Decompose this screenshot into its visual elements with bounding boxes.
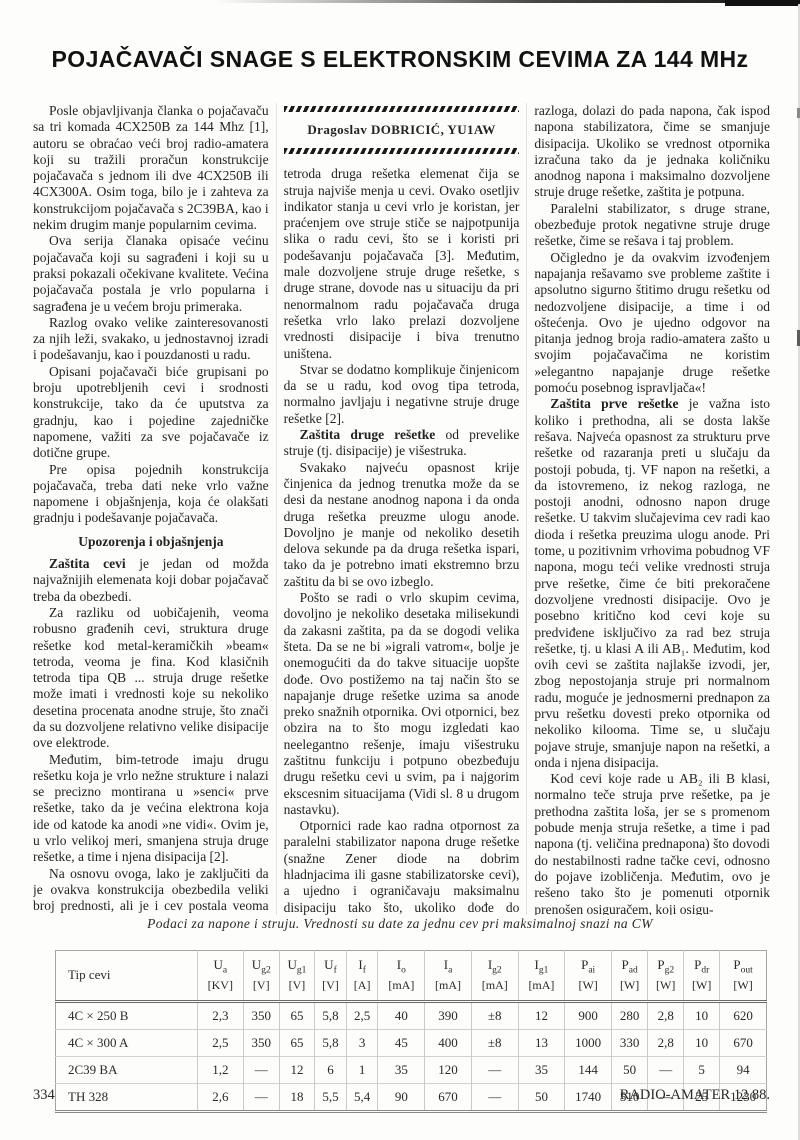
paragraph: tetroda druga rešetka elemenat čija se s… bbox=[284, 166, 520, 362]
table-cell: 1 bbox=[346, 1056, 378, 1083]
table-row: 4C × 300 A2,5350655,8345400±81310003302,… bbox=[56, 1029, 767, 1056]
column-header: If[A] bbox=[346, 951, 378, 1002]
table-cell: 35 bbox=[378, 1056, 425, 1083]
column-1: Posle objavljivanja članka o pojačavaču … bbox=[33, 103, 276, 915]
column-header: Pad[W] bbox=[612, 951, 648, 1002]
paragraph: Za razliku od uobičajenih, veoma robusno… bbox=[33, 605, 269, 752]
table-cell: 5 bbox=[684, 1056, 720, 1083]
paragraph: Pošto se radi o vrlo skupim cevima, dovo… bbox=[284, 590, 520, 818]
table-cell: 3 bbox=[346, 1029, 378, 1056]
table-cell: 13 bbox=[518, 1029, 565, 1056]
table-cell: 350 bbox=[243, 1029, 279, 1056]
table-cell: — bbox=[471, 1056, 518, 1083]
column-2-text: tetroda druga rešetka elemenat čija se s… bbox=[284, 166, 520, 915]
column-header: Pout[W] bbox=[720, 951, 767, 1002]
column-header: Pai[W] bbox=[565, 951, 612, 1002]
table-cell: 1000 bbox=[565, 1029, 612, 1056]
table-cell: 330 bbox=[612, 1029, 648, 1056]
paragraph: Ova serija članaka opisaće većinu pojača… bbox=[33, 233, 269, 314]
column-header: Pg2[W] bbox=[648, 951, 684, 1002]
table-header: Tip cevi Ua[KV]Ug2[V]Ug1[V]Uf[V]If[A]Io[… bbox=[56, 951, 767, 1002]
tube-type-cell: 4C × 250 B bbox=[56, 1001, 198, 1029]
table-row: 2C39 BA1,2—126135120—3514450—594 bbox=[56, 1056, 767, 1083]
paragraph: Paralelni stabilizator, s druge strane, … bbox=[534, 201, 770, 250]
article-body: Posle objavljivanja članka o pojačavaču … bbox=[33, 103, 770, 915]
table-cell: 40 bbox=[378, 1001, 425, 1029]
author-box: Dragoslav DOBRICIĆ, YU1AW bbox=[284, 106, 520, 154]
author-name: Dragoslav DOBRICIĆ, YU1AW bbox=[284, 122, 520, 138]
column-header: Uf[V] bbox=[315, 951, 347, 1002]
table-cell: 65 bbox=[279, 1029, 314, 1056]
table-row: 4C × 250 B2,3350655,82,540390±8129002802… bbox=[56, 1001, 767, 1029]
column-header: Pdr[W] bbox=[684, 951, 720, 1002]
table-cell: 2,3 bbox=[198, 1001, 244, 1029]
table-cell: 50 bbox=[612, 1056, 648, 1083]
table-cell: 65 bbox=[279, 1001, 314, 1029]
table-cell: 620 bbox=[720, 1001, 767, 1029]
table-cell: 390 bbox=[425, 1001, 472, 1029]
section-heading: Upozorenja i objašnjenja bbox=[33, 534, 269, 550]
page-footer: 334 RADIO-AMATER 12 88. bbox=[33, 1087, 770, 1104]
tube-type-cell: 2C39 BA bbox=[56, 1056, 198, 1083]
column-header: Ia[mA] bbox=[425, 951, 472, 1002]
column-2: Dragoslav DOBRICIĆ, YU1AW tetroda druga … bbox=[276, 103, 527, 915]
table-cell: 144 bbox=[565, 1056, 612, 1083]
paragraph: Svakako najveću opasnost krije činjenica… bbox=[284, 460, 520, 590]
table-cell: 10 bbox=[684, 1029, 720, 1056]
table-cell: 12 bbox=[518, 1001, 565, 1029]
paragraph: Na osnovu ovoga, lako je zaključiti da j… bbox=[33, 866, 269, 915]
table-cell: 1,2 bbox=[198, 1056, 244, 1083]
table-cell: 35 bbox=[518, 1056, 565, 1083]
table-cell: 350 bbox=[243, 1001, 279, 1029]
paragraph-lead: Zaštita druge rešetke bbox=[300, 427, 446, 442]
table-cell: 900 bbox=[565, 1001, 612, 1029]
decorative-rule-top bbox=[284, 106, 520, 112]
paragraph: Međutim, bim-tetrode imaju drugu rešetku… bbox=[33, 752, 269, 866]
tube-type-cell: 4C × 300 A bbox=[56, 1029, 198, 1056]
table-cell: ±8 bbox=[471, 1029, 518, 1056]
column-header: Ug1[V] bbox=[279, 951, 314, 1002]
article-title: POJAČAVAČI SNAGE S ELEKTRONSKIM CEVIMA Z… bbox=[0, 46, 800, 73]
paragraph: Opisani pojačavači biće grupisani po bro… bbox=[33, 364, 269, 462]
paragraph: razloga, dolazi do pada napona, čak ispo… bbox=[534, 103, 770, 201]
scan-edge-artifact-top bbox=[215, 0, 800, 3]
table-cell: 6 bbox=[315, 1056, 347, 1083]
paragraph: Razlog ovako velike zainteresovanosti za… bbox=[33, 315, 269, 364]
column-3: razloga, dolazi do pada napona, čak ispo… bbox=[526, 103, 770, 915]
paragraph: Stvar se dodatno komplikuje činjenicom d… bbox=[284, 362, 520, 427]
table-cell: 280 bbox=[612, 1001, 648, 1029]
decorative-rule-bottom bbox=[284, 148, 520, 154]
footer-journal-name: RADIO-AMATER 12 88. bbox=[620, 1087, 770, 1104]
table-cell: 12 bbox=[279, 1056, 314, 1083]
table-header-row: Tip cevi Ua[KV]Ug2[V]Ug1[V]Uf[V]If[A]Io[… bbox=[56, 951, 767, 1002]
table-cell: 10 bbox=[684, 1001, 720, 1029]
table-cell: 2,8 bbox=[648, 1001, 684, 1029]
paragraph-lead: Zaštita cevi bbox=[49, 556, 139, 571]
table-caption: Podaci za napone i struju. Vrednosti su … bbox=[0, 916, 800, 932]
column-header: Ig1[mA] bbox=[518, 951, 565, 1002]
table-cell: 2,8 bbox=[648, 1029, 684, 1056]
column-header: Ig2[mA] bbox=[471, 951, 518, 1002]
table-cell: 120 bbox=[425, 1056, 472, 1083]
column-header-tip: Tip cevi bbox=[56, 951, 198, 1002]
column-header: Io[mA] bbox=[378, 951, 425, 1002]
column-header: Ug2[V] bbox=[243, 951, 279, 1002]
table-cell: 400 bbox=[425, 1029, 472, 1056]
paragraph: Pre opisa pojednih konstrukcija pojačava… bbox=[33, 462, 269, 527]
paragraph: Otpornici rade kao radna otpornost za pa… bbox=[284, 818, 520, 915]
scan-edge-artifact-corner bbox=[725, 0, 800, 6]
table-cell: 670 bbox=[720, 1029, 767, 1056]
column-header: Ua[KV] bbox=[198, 951, 244, 1002]
paragraph: Posle objavljivanja članka o pojačavaču … bbox=[33, 103, 269, 233]
paragraph: Zaštita cevi je jedan od možda najvažnij… bbox=[33, 556, 269, 605]
table-cell: 5,8 bbox=[315, 1001, 347, 1029]
table-cell: 2,5 bbox=[198, 1029, 244, 1056]
footer-page-number: 334 bbox=[33, 1087, 55, 1104]
table-cell: ±8 bbox=[471, 1001, 518, 1029]
paragraph: Kod cevi koje rade u AB₂ ili B klasi, no… bbox=[534, 771, 770, 915]
table-cell: — bbox=[648, 1056, 684, 1083]
table-cell: 5,8 bbox=[315, 1029, 347, 1056]
paragraph-lead: Zaštita prve rešetke bbox=[550, 396, 688, 411]
paragraph: Očigledno je da ovakvim izvođenjem napaj… bbox=[534, 250, 770, 397]
table-cell: — bbox=[243, 1056, 279, 1083]
table-cell: 2,5 bbox=[346, 1001, 378, 1029]
magazine-page: POJAČAVAČI SNAGE S ELEKTRONSKIM CEVIMA Z… bbox=[0, 0, 800, 1140]
paragraph: Zaštita druge rešetke od prevelike struj… bbox=[284, 427, 520, 460]
table-cell: 94 bbox=[720, 1056, 767, 1083]
table-cell: 45 bbox=[378, 1029, 425, 1056]
paragraph: Zaštita prve rešetke je važna isto kolik… bbox=[534, 396, 770, 771]
